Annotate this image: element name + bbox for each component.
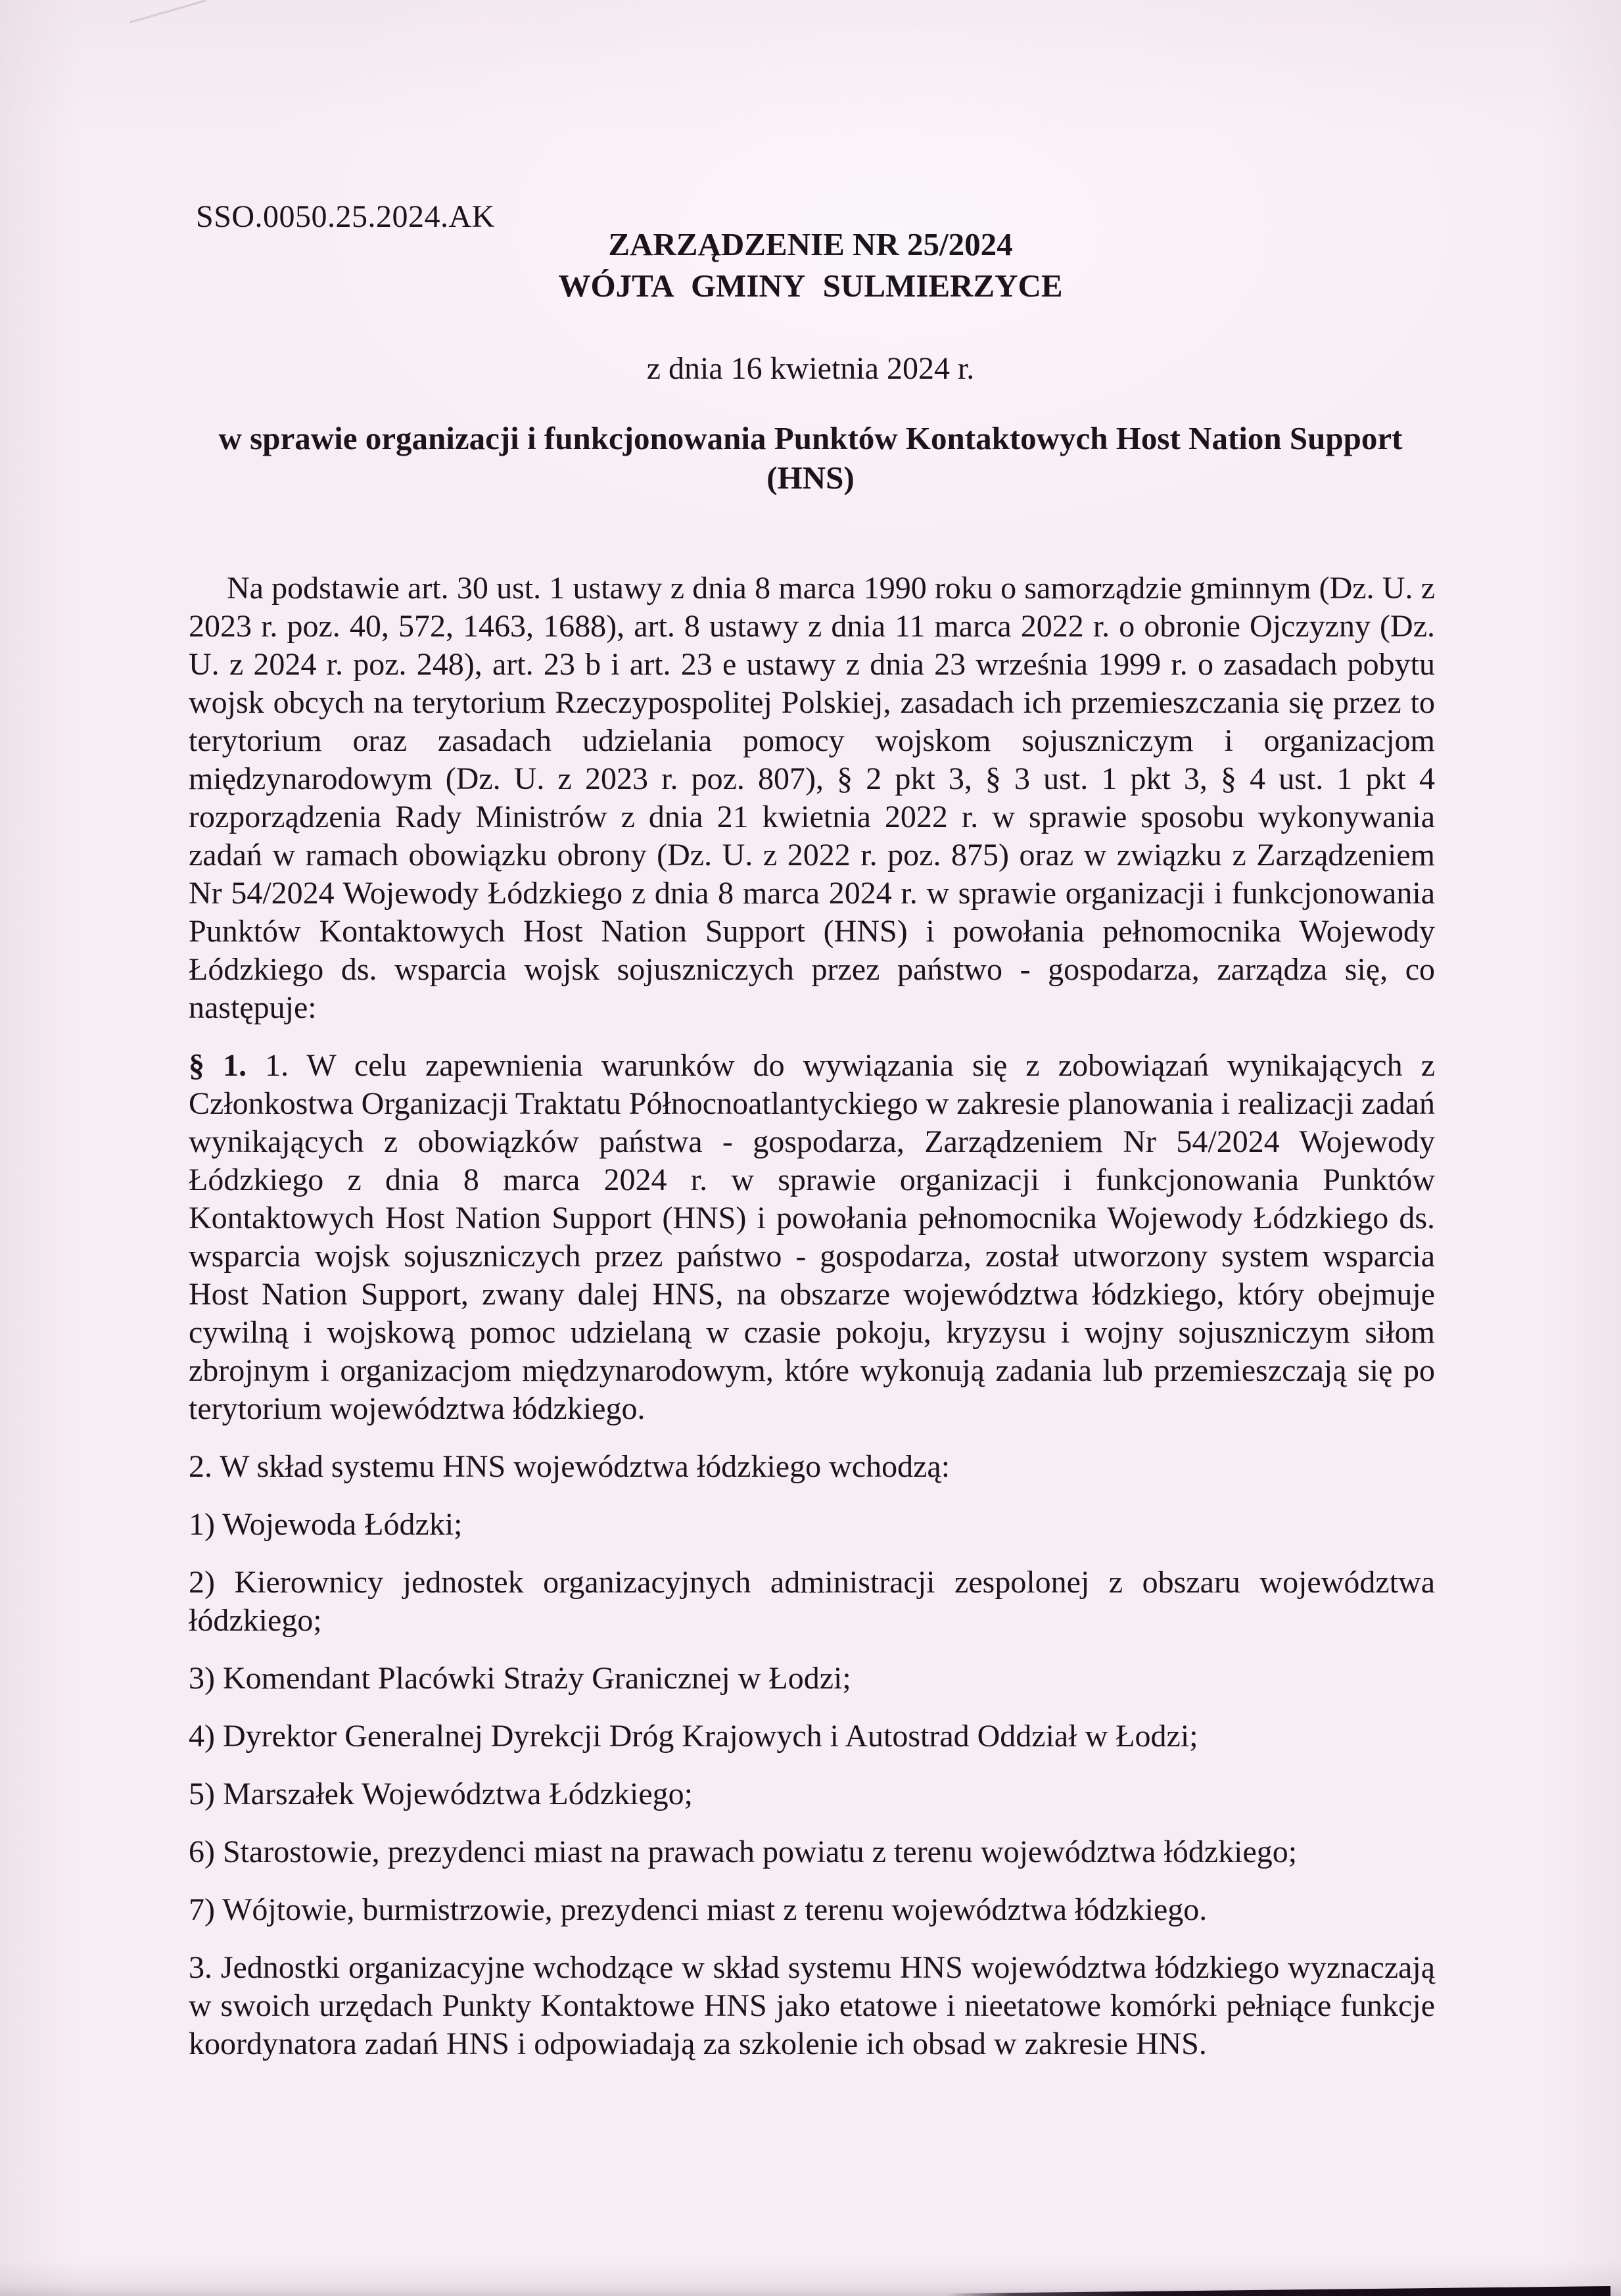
section-1-label: § 1.	[189, 1048, 247, 1083]
paragraph-section-3: 3. Jednostki organizacyjne wchodzące w s…	[189, 1949, 1435, 2063]
scanned-document-page: SSO.0050.25.2024.AK ZARZĄDZENIE NR 25/20…	[0, 0, 1621, 2296]
list-item-1: 1) Wojewoda Łódzki;	[189, 1506, 1435, 1544]
subject-line-1: w sprawie organizacji i funkcjonowania P…	[0, 419, 1621, 458]
list-item-4: 4) Dyrektor Generalnej Dyrekcji Dróg Kra…	[189, 1717, 1435, 1756]
subject-line-2: (HNS)	[0, 458, 1621, 498]
title-ordinance-number: ZARZĄDZENIE NR 25/2024	[0, 224, 1621, 265]
paragraph-section-2-intro: 2. W skład systemu HNS województwa łódzk…	[189, 1448, 1435, 1486]
document-date: z dnia 16 kwietnia 2024 r.	[0, 350, 1621, 387]
paragraph-legal-basis: Na podstawie art. 30 ust. 1 ustawy z dni…	[189, 569, 1435, 1027]
list-item-5: 5) Marszałek Województwa Łódzkiego;	[189, 1775, 1435, 1813]
paragraph-section-1: § 1. 1. W celu zapewnienia warunków do w…	[189, 1047, 1435, 1428]
list-item-7: 7) Wójtowie, burmistrzowie, prezydenci m…	[189, 1891, 1435, 1929]
list-item-6: 6) Starostowie, prezydenci miast na praw…	[189, 1833, 1435, 1871]
list-item-3: 3) Komendant Placówki Straży Granicznej …	[189, 1660, 1435, 1698]
list-item-2: 2) Kierownicy jednostek organizacyjnych …	[189, 1564, 1435, 1640]
document-body: Na podstawie art. 30 ust. 1 ustawy z dni…	[189, 569, 1435, 2083]
document-title: ZARZĄDZENIE NR 25/2024 WÓJTA GMINY SULMI…	[0, 224, 1621, 306]
document-subject: w sprawie organizacji i funkcjonowania P…	[0, 419, 1621, 498]
section-1-text: 1. W celu zapewnienia warunków do wywiąz…	[189, 1048, 1435, 1426]
title-issuing-authority: WÓJTA GMINY SULMIERZYCE	[0, 265, 1621, 306]
scan-crease-artifact	[129, 0, 206, 23]
